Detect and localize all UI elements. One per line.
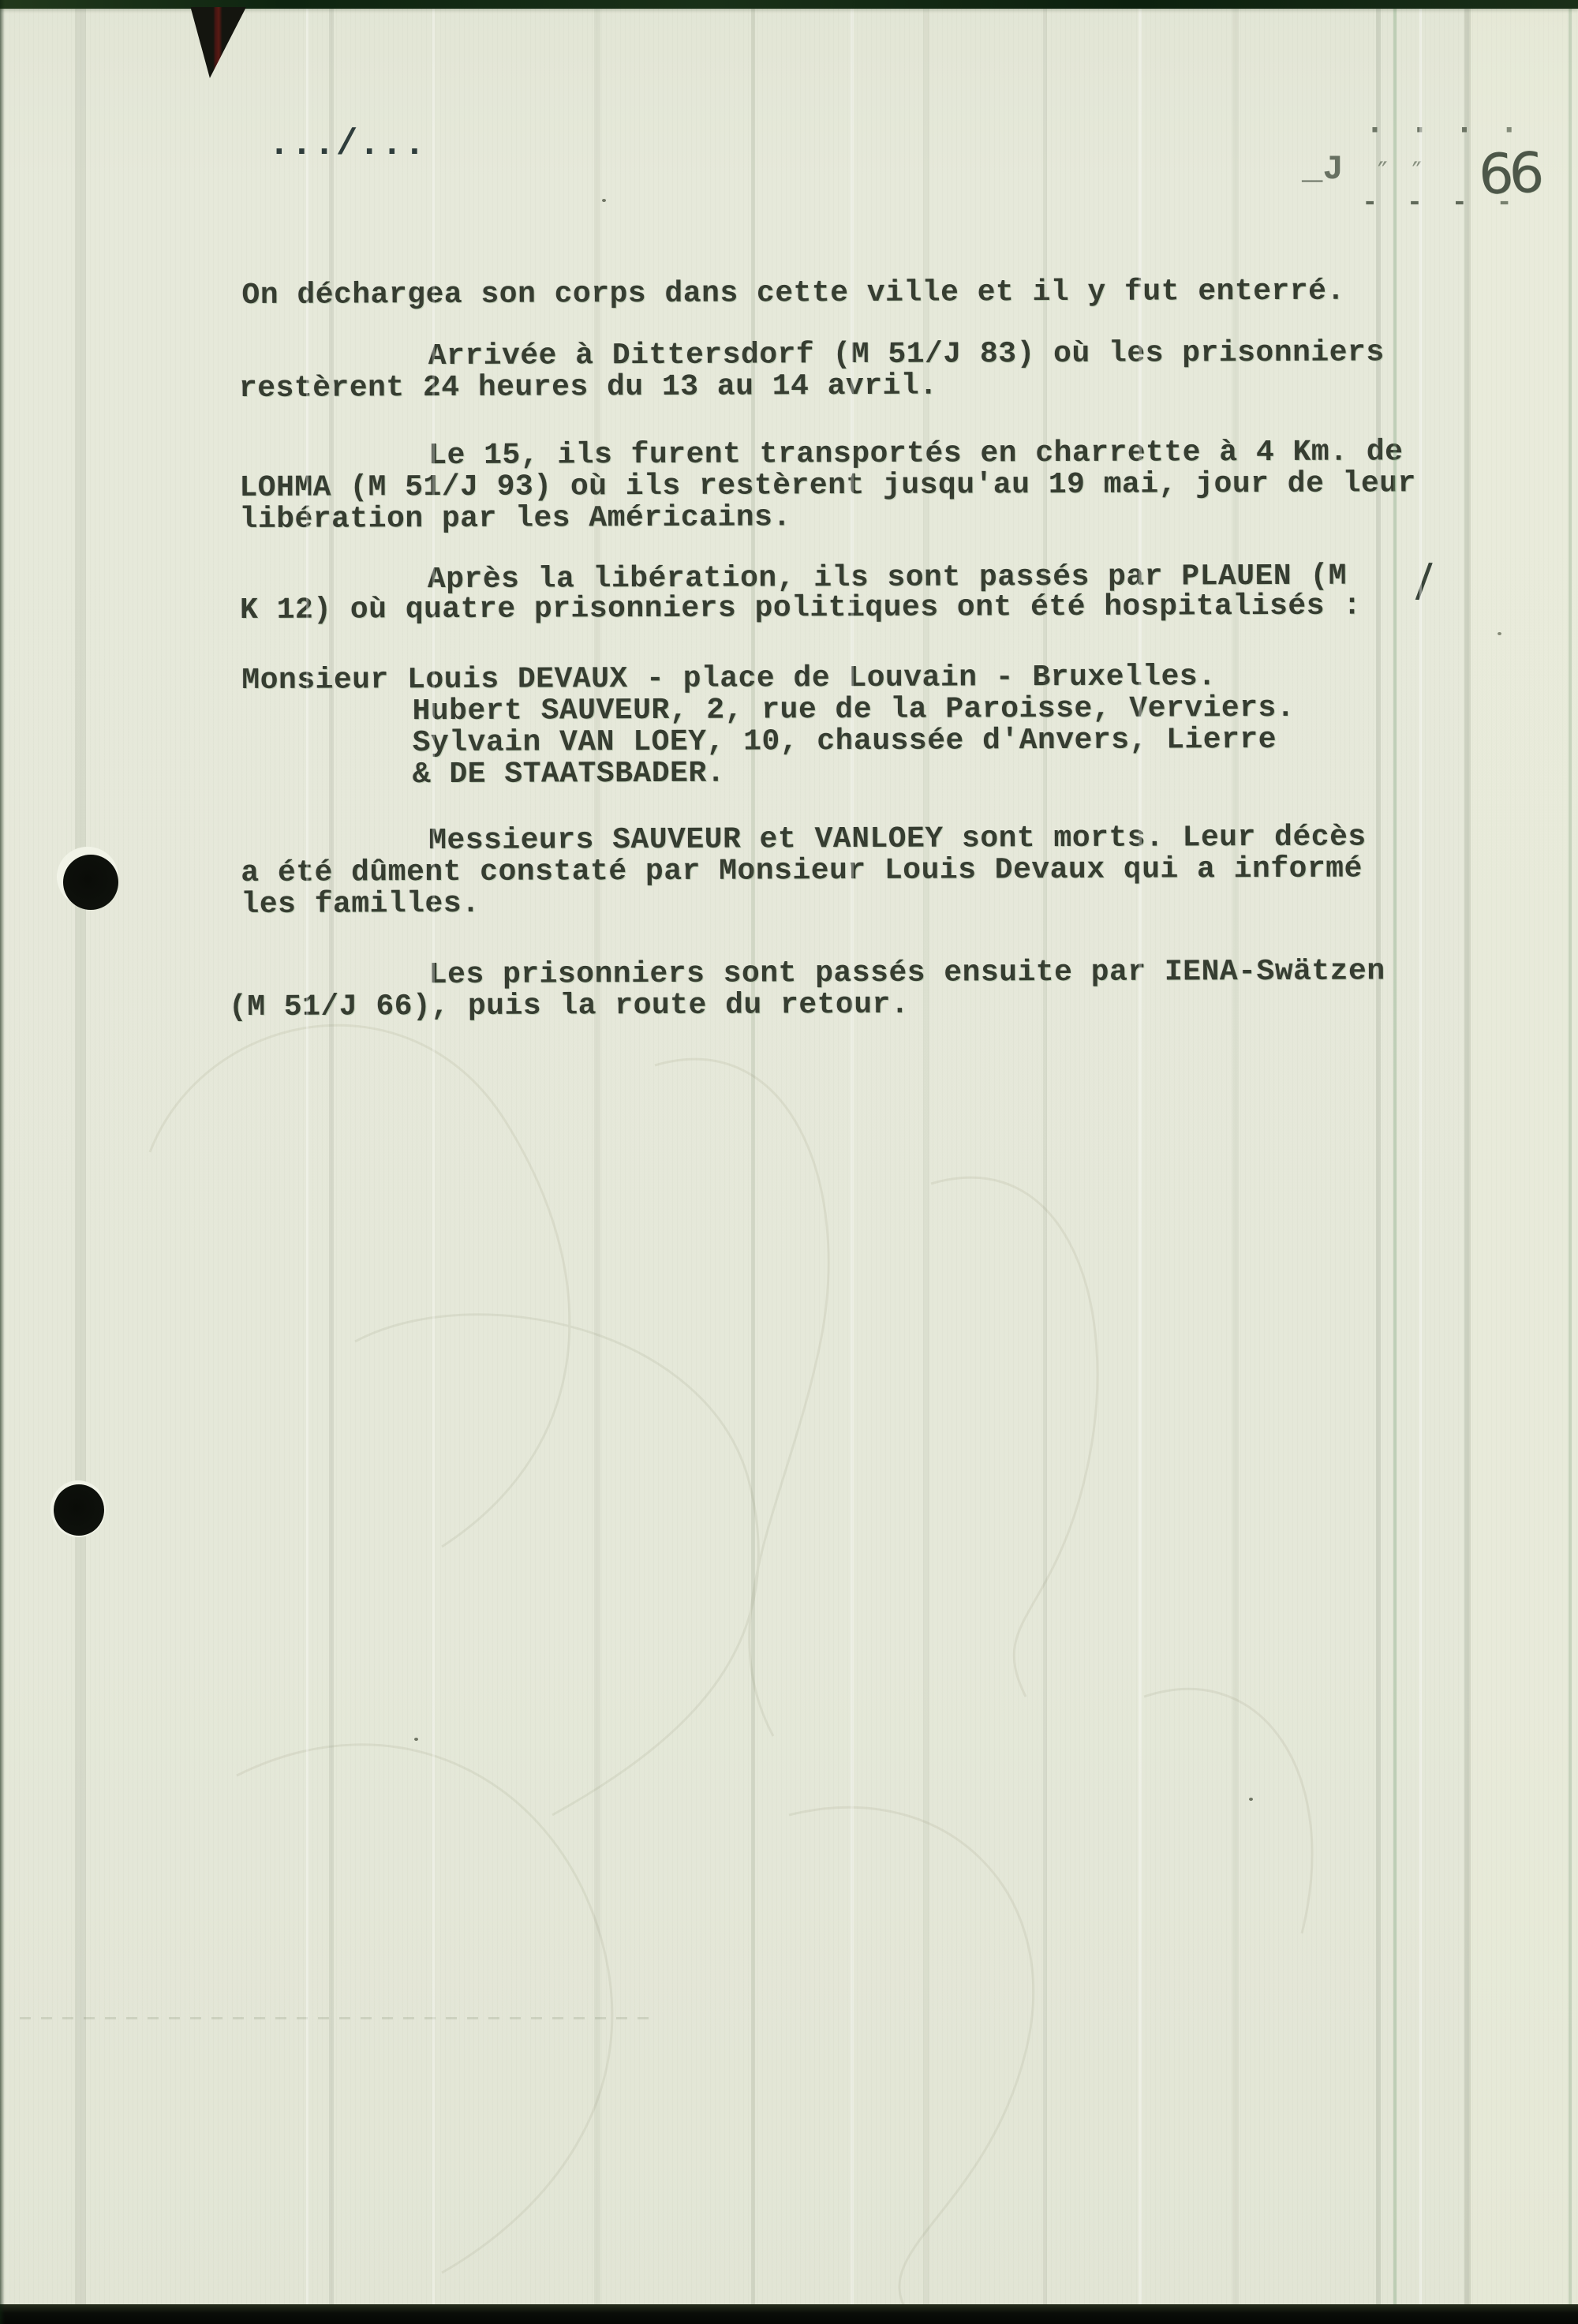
scan-streak bbox=[1419, 0, 1422, 2324]
scan-streak bbox=[306, 0, 308, 2324]
ink-speck bbox=[602, 199, 606, 202]
text-line: Sylvain VAN LOEY, 10, chaussée d'Anvers,… bbox=[413, 724, 1277, 759]
punch-hole-icon bbox=[54, 1484, 104, 1536]
scan-streak bbox=[851, 0, 854, 2324]
scan-streak bbox=[751, 0, 755, 2324]
text-line: libération par les Américains. bbox=[240, 502, 791, 536]
scan-edge-left bbox=[0, 0, 5, 2324]
text-line: LOHMA (M 51/J 93) où ils restèrent jusqu… bbox=[239, 468, 1416, 504]
scan-streak bbox=[1139, 0, 1142, 2324]
scan-streak bbox=[1376, 0, 1381, 2324]
paper-tone-shift bbox=[1469, 0, 1578, 2324]
scan-streak bbox=[75, 0, 86, 2324]
scan-streak bbox=[594, 0, 600, 2324]
text-line: On déchargea son corps dans cette ville … bbox=[241, 276, 1344, 312]
scanned-page: On déchargea son corps dans cette ville … bbox=[0, 0, 1578, 2324]
stamp-mark: _J bbox=[1302, 152, 1344, 188]
text-line: restèrent 24 heures du 13 au 14 avril. bbox=[239, 371, 938, 405]
scan-streak bbox=[1232, 0, 1239, 2324]
text-line: a été dûment constaté par Monsieur Louis… bbox=[241, 854, 1363, 889]
ink-speck bbox=[414, 1738, 418, 1741]
scan-edge-bottom bbox=[0, 2304, 1578, 2324]
text-line: K 12) où quatre prisonniers politiques o… bbox=[240, 591, 1362, 627]
scan-streak bbox=[1043, 0, 1047, 2324]
scan-streak bbox=[1393, 0, 1397, 2324]
typewritten-text: On déchargea son corps dans cette ville … bbox=[0, 0, 1578, 2324]
text-line: Les prisonniers sont passés ensuite par … bbox=[429, 956, 1385, 991]
stamp-ticks: ″ ″ bbox=[1378, 158, 1430, 186]
scan-streak bbox=[329, 0, 334, 2324]
ink-speck bbox=[1249, 1798, 1253, 1801]
scan-streak bbox=[923, 0, 929, 2324]
scan-streak bbox=[432, 0, 435, 2324]
text-line: Arrivée à Dittersdorf (M 51/J 83) où les… bbox=[428, 337, 1385, 372]
punch-hole-icon bbox=[63, 855, 118, 910]
text-line: les familles. bbox=[241, 889, 480, 921]
continuation-mark: .../... bbox=[268, 125, 426, 164]
annotation-slash-mark: / bbox=[1415, 556, 1433, 604]
text-line: & DE STAATSBADER. bbox=[413, 758, 725, 792]
